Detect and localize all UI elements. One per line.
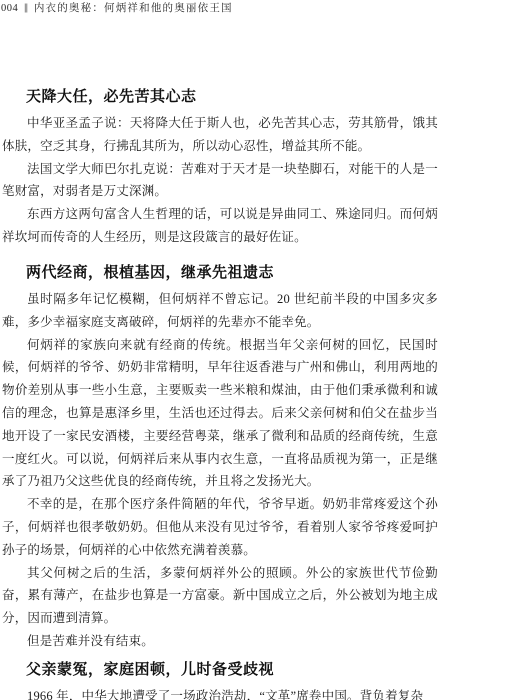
paragraph: 法国文学大师巴尔扎克说：苦难对于天才是一块垫脚石，对能干的人是一笔财富，对弱者是…: [2, 158, 438, 204]
book-page: 004 ‖ 内衣的奥秘：何炳祥和他的奥丽依王国 天降大任，必先苦其心志 中华亚圣…: [0, 0, 532, 700]
running-header: 004 ‖ 内衣的奥秘：何炳祥和他的奥丽依王国: [1, 3, 233, 15]
paragraph: 其父何树之后的生活，多蒙何炳祥外公的照顾。外公的家族世代节俭勤奋，累有薄产，在盐…: [2, 562, 438, 630]
double-bar-separator-icon: ‖: [24, 2, 28, 16]
paragraph: 但是苦难并没有结束。: [2, 630, 438, 653]
section-heaven-great-mission: 天降大任，必先苦其心志 中华亚圣孟子说：天将降大任于斯人也，必先苦其心志，劳其筋…: [2, 88, 438, 249]
section-two-generations-business: 两代经商，根植基因，继承先祖遗志 虽时隔多年记忆模糊，但何炳祥不曾忘记。20 世…: [2, 264, 438, 653]
section-father-wronged: 父亲蒙冤，家庭困顿，儿时备受歧视 1966 年，中华大地遭受了一场政治浩劫，“文…: [2, 661, 438, 700]
section-heading: 两代经商，根植基因，继承先祖遗志: [2, 264, 438, 281]
paragraph: 中华亚圣孟子说：天将降大任于斯人也，必先苦其心志，劳其筋骨，饿其体肤，空乏其身，…: [2, 112, 438, 158]
paragraph: 虽时隔多年记忆模糊，但何炳祥不曾忘记。20 世纪前半段的中国多灾多难，多少幸福家…: [2, 288, 438, 334]
paragraph: 东西方这两句富含人生哲理的话，可以说是异曲同工、殊途同归。而何炳祥坎坷而传奇的人…: [2, 203, 438, 249]
book-title: 内衣的奥秘：何炳祥和他的奥丽依王国: [34, 3, 233, 15]
section-heading: 天降大任，必先苦其心志: [2, 88, 438, 105]
paragraph: 不幸的是，在那个医疗条件简陋的年代，爷爷早逝。奶奶非常疼爱这个孙子，何炳祥也很孝…: [2, 493, 438, 561]
page-number: 004: [1, 3, 18, 15]
paragraph: 1966 年，中华大地遭受了一场政治浩劫，“文革”席卷中国。背负着复杂: [2, 685, 438, 700]
paragraph: 何炳祥的家族向来就有经商的传统。根据当年父亲何树的回忆，民国时候，何炳祥的爷爷、…: [2, 334, 438, 494]
section-heading: 父亲蒙冤，家庭困顿，儿时备受歧视: [2, 661, 438, 678]
